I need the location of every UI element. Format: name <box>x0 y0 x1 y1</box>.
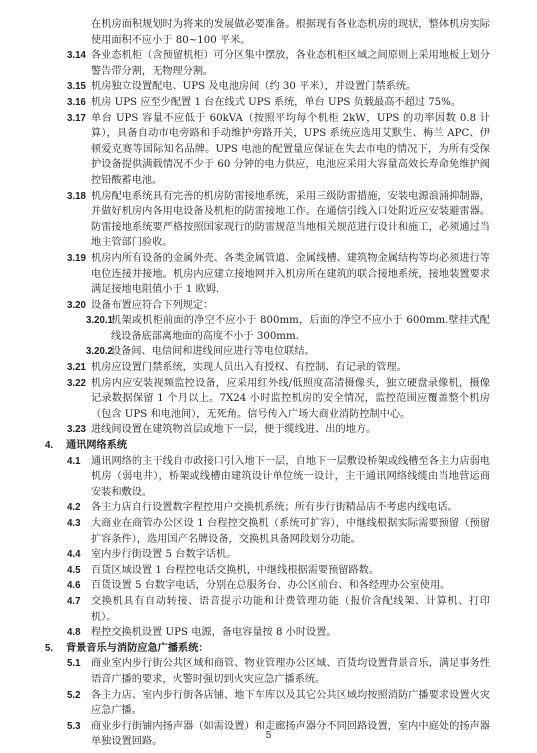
item-text: 机房独立设置配电、UPS 及电池房间（约 30 平米），并设置门禁系统。 <box>91 79 490 95</box>
item-text: 机架或机柜前面的净空不应小于 800mm，后面的净空不应小于 600mm.壁挂式… <box>111 313 490 344</box>
item-number: 4.6 <box>67 578 80 594</box>
item-number: 3.15 <box>67 79 86 95</box>
item-text: 室内步行街设置 5 台数字话机。 <box>91 547 490 563</box>
item-number: 3.21 <box>67 360 86 376</box>
item-number: 4.5 <box>67 563 80 579</box>
item-text: 机房应设置门禁系统，实现人员出入有授权、有控制、有记录的管理。 <box>91 360 490 376</box>
item-number: 3.22 <box>67 376 86 392</box>
item-text: 机房内所有设备的金属外壳、各类金属管道、金属线槽、建筑物金属结构等均必须进行等电… <box>91 251 490 298</box>
list-item: 4.7交换机具有自动转接、语音提示功能和计费管理功能（报价含配线架、计算机、打印… <box>67 594 490 625</box>
item-text: 交换机具有自动转接、语音提示功能和计费管理功能（报价含配线架、计算机、打印机）。 <box>91 594 490 625</box>
item-text: 机房 UPS 应至少配置 1 台在线式 UPS 系统，单台 UPS 负载最高不超… <box>91 95 490 111</box>
item-number: 4.3 <box>67 516 80 532</box>
list-item: 3.19机房内所有设备的金属外壳、各类金属管道、金属线槽、建筑物金属结构等均必须… <box>67 251 490 298</box>
item-text: 机房内应安装视频监控设备，应采用红外线/低照度高清摄像头，独立硬盘录像机，摄像记… <box>91 376 490 423</box>
document-page: 在机房面积规划时为将来的发展做必要准备。根据现有各业态机房的现状，整体机房实际使… <box>0 0 537 753</box>
list-item: 3.18机房配电系统具有完善的机房防雷接地系统，采用三级防雷措施，安装电源浪涌抑… <box>67 189 490 251</box>
list-item: 5.2各主力店、室内步行街各店铺、地下车库以及其它公共区域均按照消防广播要求设置… <box>67 688 490 719</box>
list-item: 3.15机房独立设置配电、UPS 及电池房间（约 30 平米），并设置门禁系统。 <box>67 79 490 95</box>
item-number: 3.23 <box>67 422 86 438</box>
list-item: 4.3大商业在商管办公区设 1 台程控交换机（系统可扩容），中继线根据实际需要预… <box>67 516 490 547</box>
section-heading: 4.通讯网络系统 <box>45 438 490 454</box>
item-number: 4. <box>45 438 53 454</box>
list-item: 4.2各主力店自行设置数字程控用户交换机系统；所有步行街精品店不考虑内线电话。 <box>67 500 490 516</box>
item-text: 各主力店、室内步行街各店铺、地下车库以及其它公共区域均按照消防广播要求设置火灾应… <box>91 688 490 719</box>
item-number: 5.1 <box>67 656 80 672</box>
list-item: 4.6百货设置 5 台数字电话，分别在总服务台、办公区前台、和各经理办公室使用。 <box>67 578 490 594</box>
section-heading-text: 背景音乐与消防应急广播系统： <box>66 641 490 657</box>
item-number: 3.16 <box>67 95 86 111</box>
list-item: 3.20.1机架或机柜前面的净空不应小于 800mm，后面的净空不应小于 600… <box>86 313 490 344</box>
item-number: 4.7 <box>67 594 80 610</box>
item-text: 各主力店自行设置数字程控用户交换机系统；所有步行街精品店不考虑内线电话。 <box>91 500 490 516</box>
section-heading-text: 通讯网络系统 <box>66 438 490 454</box>
list-item: 3.23进线间设置在建筑物首层或地下一层，便于缆线进、出的地方。 <box>67 422 490 438</box>
item-number: 5. <box>45 641 53 657</box>
item-text: 商业室内步行街公共区域和商管、物业管理办公区域、百货均设置背景音乐，满足事务性语… <box>91 656 490 687</box>
list-item: 3.22机房内应安装视频监控设备，应采用红外线/低照度高清摄像头，独立硬盘录像机… <box>67 376 490 423</box>
list-item: 3.20.2设备间、电信间和进线间应进行等电位联结。 <box>86 344 490 360</box>
item-text: 在机房面积规划时为将来的发展做必要准备。根据现有各业态机房的现状，整体机房实际使… <box>91 17 490 48</box>
item-number: 3.20 <box>67 298 86 314</box>
list-item: 3.16机房 UPS 应至少配置 1 台在线式 UPS 系统，单台 UPS 负载… <box>67 95 490 111</box>
item-number: 5.2 <box>67 688 80 704</box>
item-text: 百货设置 5 台数字电话，分别在总服务台、办公区前台、和各经理办公室使用。 <box>91 578 490 594</box>
item-text: 通讯网络的主干线自市政接口引入地下一层，自地下一层敷设桥架或线槽至各主力店弱电机… <box>91 454 490 501</box>
item-number: 4.1 <box>67 454 80 470</box>
list-item: 4.5百货区域设置 1 台程控电话交换机，中继线根据需要预留路数。 <box>67 563 490 579</box>
item-text: 百货区域设置 1 台程控电话交换机，中继线根据需要预留路数。 <box>91 563 490 579</box>
item-number: 3.20.2 <box>86 344 113 360</box>
item-number: 4.8 <box>67 625 80 641</box>
item-text: 设备布置应符合下列规定： <box>91 298 490 314</box>
page-number: 5 <box>0 728 537 744</box>
list-item: 3.21机房应设置门禁系统，实现人员出入有授权、有控制、有记录的管理。 <box>67 360 490 376</box>
item-number: 3.14 <box>67 48 86 64</box>
list-item: 4.8程控交换机设置 UPS 电源，备电容量按 8 小时设置。 <box>67 625 490 641</box>
item-number: 3.20.1 <box>86 313 113 329</box>
item-text: 机房配电系统具有完善的机房防雷接地系统，采用三级防雷措施，安装电源浪涌抑制器，并… <box>91 189 490 251</box>
item-number: 4.4 <box>67 547 80 563</box>
item-text: 程控交换机设置 UPS 电源，备电容量按 8 小时设置。 <box>91 625 490 641</box>
list-item: 4.4室内步行街设置 5 台数字话机。 <box>67 547 490 563</box>
item-text: 单台 UPS 容量不应低于 60kVA（按照平均每个机柜 2kW，UPS 的功率… <box>91 111 490 189</box>
list-item: 3.17单台 UPS 容量不应低于 60kVA（按照平均每个机柜 2kW，UPS… <box>67 111 490 189</box>
list-item: 3.14各业态机柜（含预留机柜）可分区集中摆放，各业态机柜区域之间原则上采用地板… <box>67 48 490 79</box>
item-text: 大商业在商管办公区设 1 台程控交换机（系统可扩容），中继线根据实际需要预留（预… <box>91 516 490 547</box>
item-text: 设备间、电信间和进线间应进行等电位联结。 <box>111 344 490 360</box>
section-heading: 5.背景音乐与消防应急广播系统： <box>45 641 490 657</box>
item-number: 4.2 <box>67 500 80 516</box>
document-body: 在机房面积规划时为将来的发展做必要准备。根据现有各业态机房的现状，整体机房实际使… <box>45 17 490 750</box>
list-item: 3.20设备布置应符合下列规定： <box>67 298 490 314</box>
item-number: 3.17 <box>67 111 86 127</box>
item-text: 各业态机柜（含预留机柜）可分区集中摆放，各业态机柜区域之间原则上采用地板上划分警… <box>91 48 490 79</box>
item-text: 进线间设置在建筑物首层或地下一层，便于缆线进、出的地方。 <box>91 422 490 438</box>
list-item: 在机房面积规划时为将来的发展做必要准备。根据现有各业态机房的现状，整体机房实际使… <box>91 17 490 48</box>
list-item: 5.1商业室内步行街公共区域和商管、物业管理办公区域、百货均设置背景音乐，满足事… <box>67 656 490 687</box>
item-number: 3.19 <box>67 251 86 267</box>
list-item: 4.1通讯网络的主干线自市政接口引入地下一层，自地下一层敷设桥架或线槽至各主力店… <box>67 454 490 501</box>
item-number: 3.18 <box>67 189 86 205</box>
